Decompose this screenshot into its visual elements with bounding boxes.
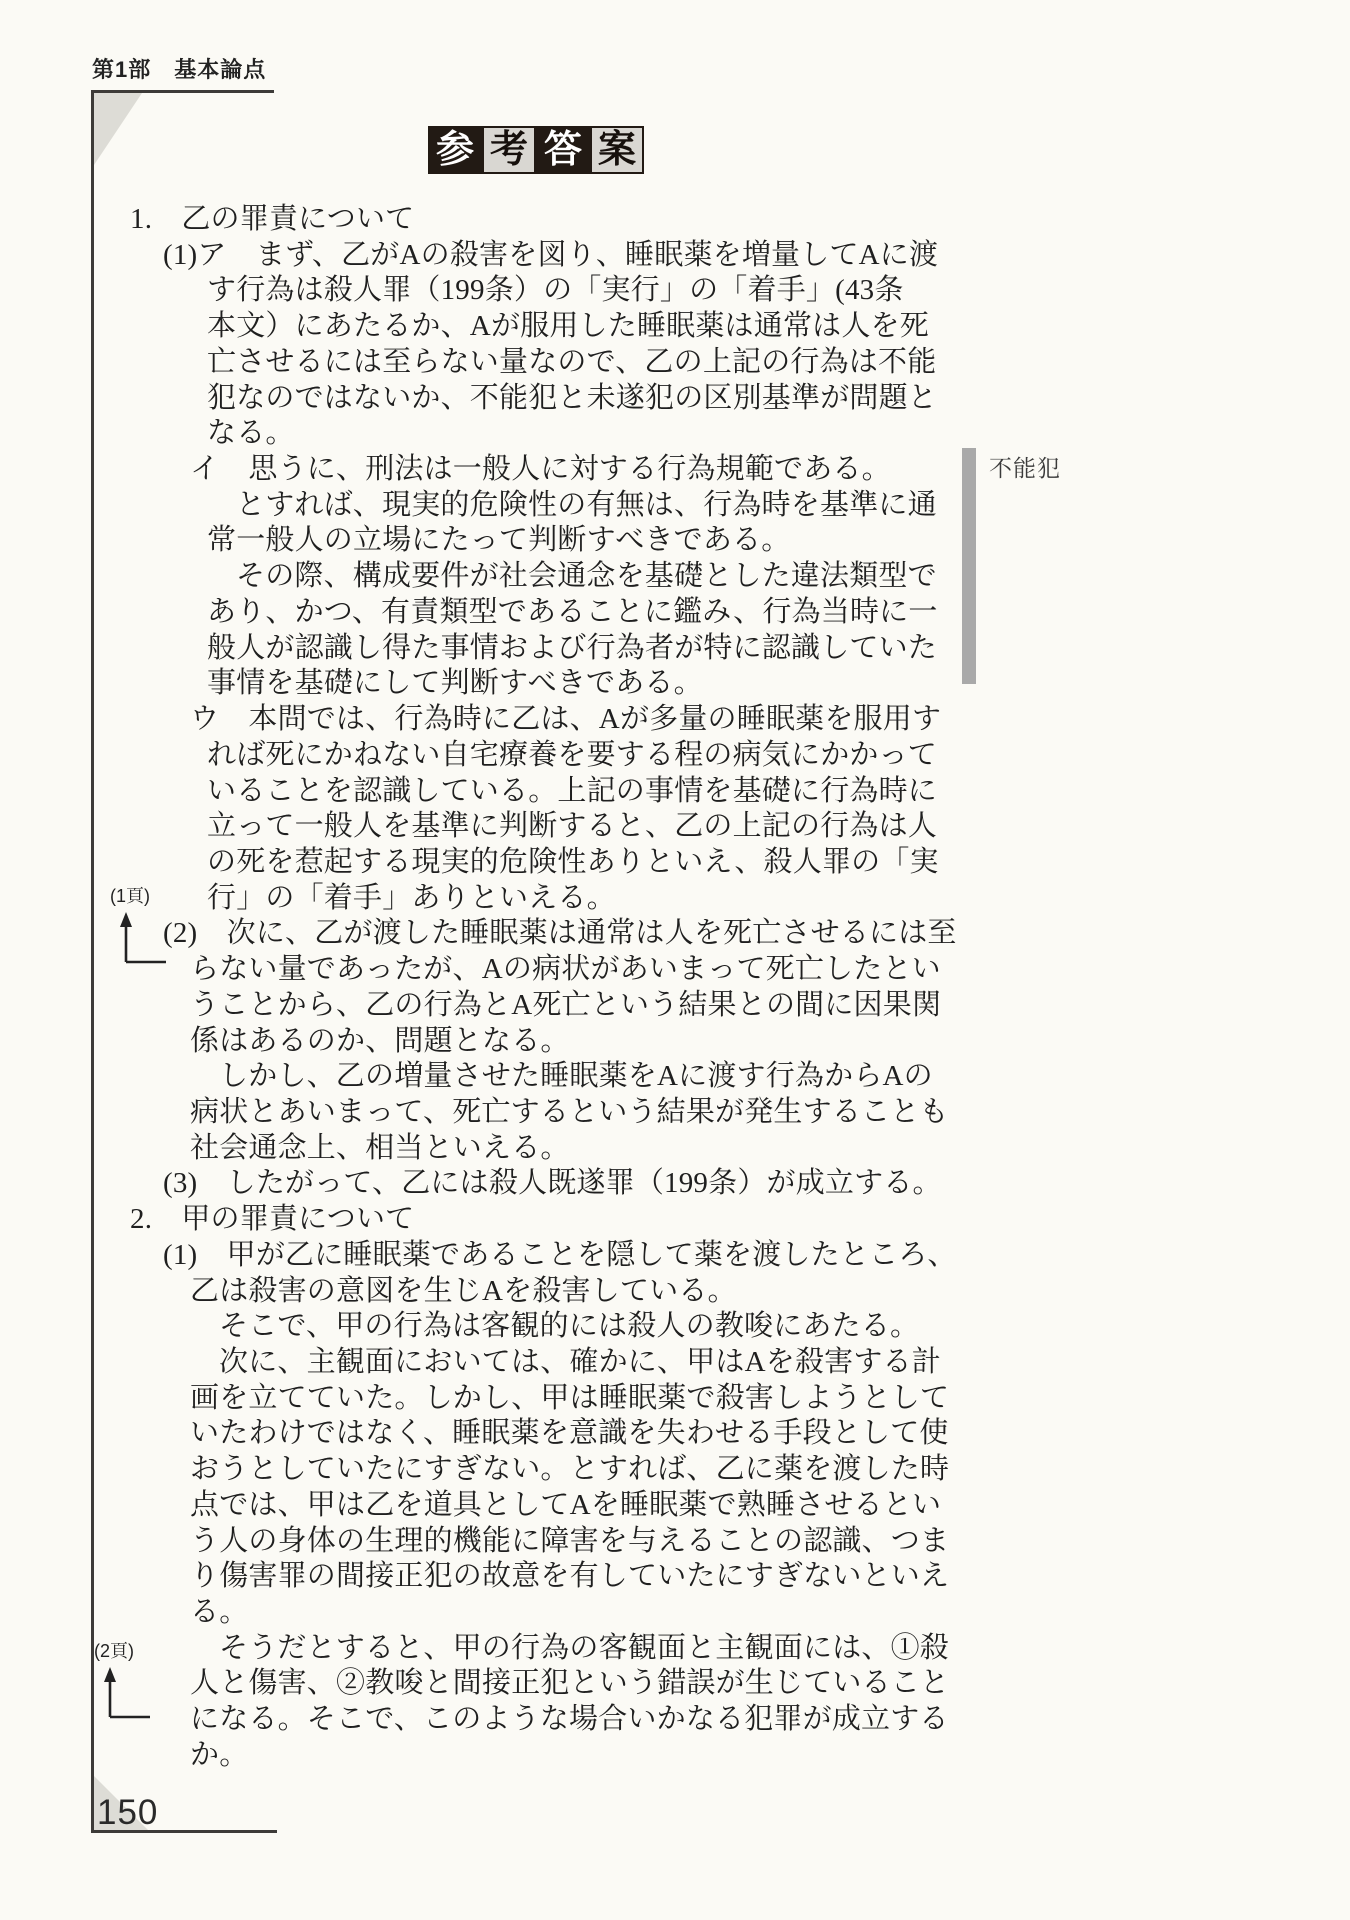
page-start-arrow-icon [93, 1665, 155, 1721]
body-line: おうとしていたにすぎない。とすれば、乙に薬を渡した時 [0, 1452, 1350, 1488]
body-line: 常一般人の立場にたって判断すべきである。 [0, 523, 1350, 559]
page-start-arrow-icon [109, 910, 171, 966]
body-line: そうだとすると、甲の行為の客観面と主観面には、①殺 [0, 1631, 1350, 1667]
body-line: (1) 甲が乙に睡眠薬であることを隠して薬を渡したところ、 [0, 1238, 1350, 1274]
title-character-tile: 考 [482, 126, 536, 174]
body-line: 病状とあいまって、死亡するという結果が発生することも [0, 1095, 1350, 1131]
body-line: 2. 甲の罪責について [0, 1202, 1350, 1238]
body-line: 社会通念上、相当といえる。 [0, 1131, 1350, 1167]
body-line: 亡させるには至らない量なので、乙の上記の行為は不能 [0, 345, 1350, 381]
body-line: なる。 [0, 416, 1350, 452]
body-line: 係はあるのか、問題となる。 [0, 1024, 1350, 1060]
body-line: う人の身体の生理的機能に障害を与えることの認識、つま [0, 1524, 1350, 1560]
body-line: る。 [0, 1595, 1350, 1631]
page-marker-1: (1頁) [95, 882, 165, 966]
body-line: 犯なのではないか、不能犯と未遂犯の区別基準が問題と [0, 381, 1350, 417]
margin-note-bar [962, 448, 976, 684]
corner-triangle-top [94, 93, 142, 165]
body-line: (1)ア まず、乙がAの殺害を図り、睡眠薬を増量してAに渡 [0, 238, 1350, 274]
body-line: の死を惹起する現実的危険性ありといえ、殺人罪の「実 [0, 845, 1350, 881]
body-line: 般人が認識し得た事情および行為者が特に認識していた [0, 631, 1350, 667]
margin-note-label: 不能犯 [989, 450, 1061, 483]
body-line: 乙は殺害の意図を生じAを殺害している。 [0, 1274, 1350, 1310]
body-line: 事情を基礎にして判断すべきである。 [0, 666, 1350, 702]
reference-answer-title: 参考答案 [428, 126, 644, 174]
body-line: (3) したがって、乙には殺人既遂罪（199条）が成立する。 [0, 1166, 1350, 1202]
body-line: うことから、乙の行為とA死亡という結果との間に因果関 [0, 988, 1350, 1024]
body-line: 行」の「着手」ありといえる。 [0, 881, 1350, 917]
body-line: 点では、甲は乙を道具としてAを睡眠薬で熟睡させるとい [0, 1488, 1350, 1524]
answer-body-text: 1. 乙の罪責について(1)ア まず、乙がAの殺害を図り、睡眠薬を増量してAに渡… [0, 202, 1350, 1774]
body-line: イ 思うに、刑法は一般人に対する行為規範である。 [0, 452, 1350, 488]
body-line: 次に、主観面においては、確かに、甲はAを殺害する計 [0, 1345, 1350, 1381]
page-number: 150 [97, 1793, 158, 1833]
body-line: あり、かつ、有責類型であることに鑑み、行為当時に一 [0, 595, 1350, 631]
body-line: す行為は殺人罪（199条）の「実行」の「着手」(43条 [0, 273, 1350, 309]
body-line: 立って一般人を基準に判断すると、乙の上記の行為は人 [0, 809, 1350, 845]
bottom-rule [91, 1830, 277, 1833]
body-line: その際、構成要件が社会通念を基礎とした違法類型で [0, 559, 1350, 595]
body-line: らない量であったが、Aの病状があいまって死亡したとい [0, 952, 1350, 988]
body-line: そこで、甲の行為は客観的には殺人の教唆にあたる。 [0, 1309, 1350, 1345]
body-line: 本文）にあたるか、Aが服用した睡眠薬は通常は人を死 [0, 309, 1350, 345]
body-line: いたわけではなく、睡眠薬を意識を失わせる手段として使 [0, 1416, 1350, 1452]
body-line: (2) 次に、乙が渡した睡眠薬は通常は人を死亡させるには至 [0, 916, 1350, 952]
body-line: 1. 乙の罪責について [0, 202, 1350, 238]
page-marker-2: (2頁) [79, 1637, 149, 1721]
page-marker-label: (1頁) [95, 882, 165, 908]
body-line: 人と傷害、②教唆と間接正犯という錯誤が生じていること [0, 1666, 1350, 1702]
body-line: か。 [0, 1738, 1350, 1774]
title-character-tile: 参 [428, 126, 482, 174]
body-line: しかし、乙の増量させた睡眠薬をAに渡す行為からAの [0, 1059, 1350, 1095]
page-marker-label: (2頁) [79, 1637, 149, 1663]
body-line: とすれば、現実的危険性の有無は、行為時を基準に通 [0, 488, 1350, 524]
body-line: れば死にかねない自宅療養を要する程の病気にかかって [0, 738, 1350, 774]
chapter-header: 第1部 基本論点 [92, 53, 266, 84]
body-line: 画を立てていた。しかし、甲は睡眠薬で殺害しようとして [0, 1381, 1350, 1417]
body-line: ウ 本問では、行為時に乙は、Aが多量の睡眠薬を服用す [0, 702, 1350, 738]
body-line: いることを認識している。上記の事情を基礎に行為時に [0, 774, 1350, 810]
book-page: 第1部 基本論点 参考答案 1. 乙の罪責について(1)ア まず、乙がAの殺害を… [0, 0, 1350, 1920]
title-character-tile: 答 [536, 126, 590, 174]
title-character-tile: 案 [590, 126, 644, 174]
body-line: り傷害罪の間接正犯の故意を有していたにすぎないといえ [0, 1559, 1350, 1595]
body-line: になる。そこで、このような場合いかなる犯罪が成立する [0, 1702, 1350, 1738]
